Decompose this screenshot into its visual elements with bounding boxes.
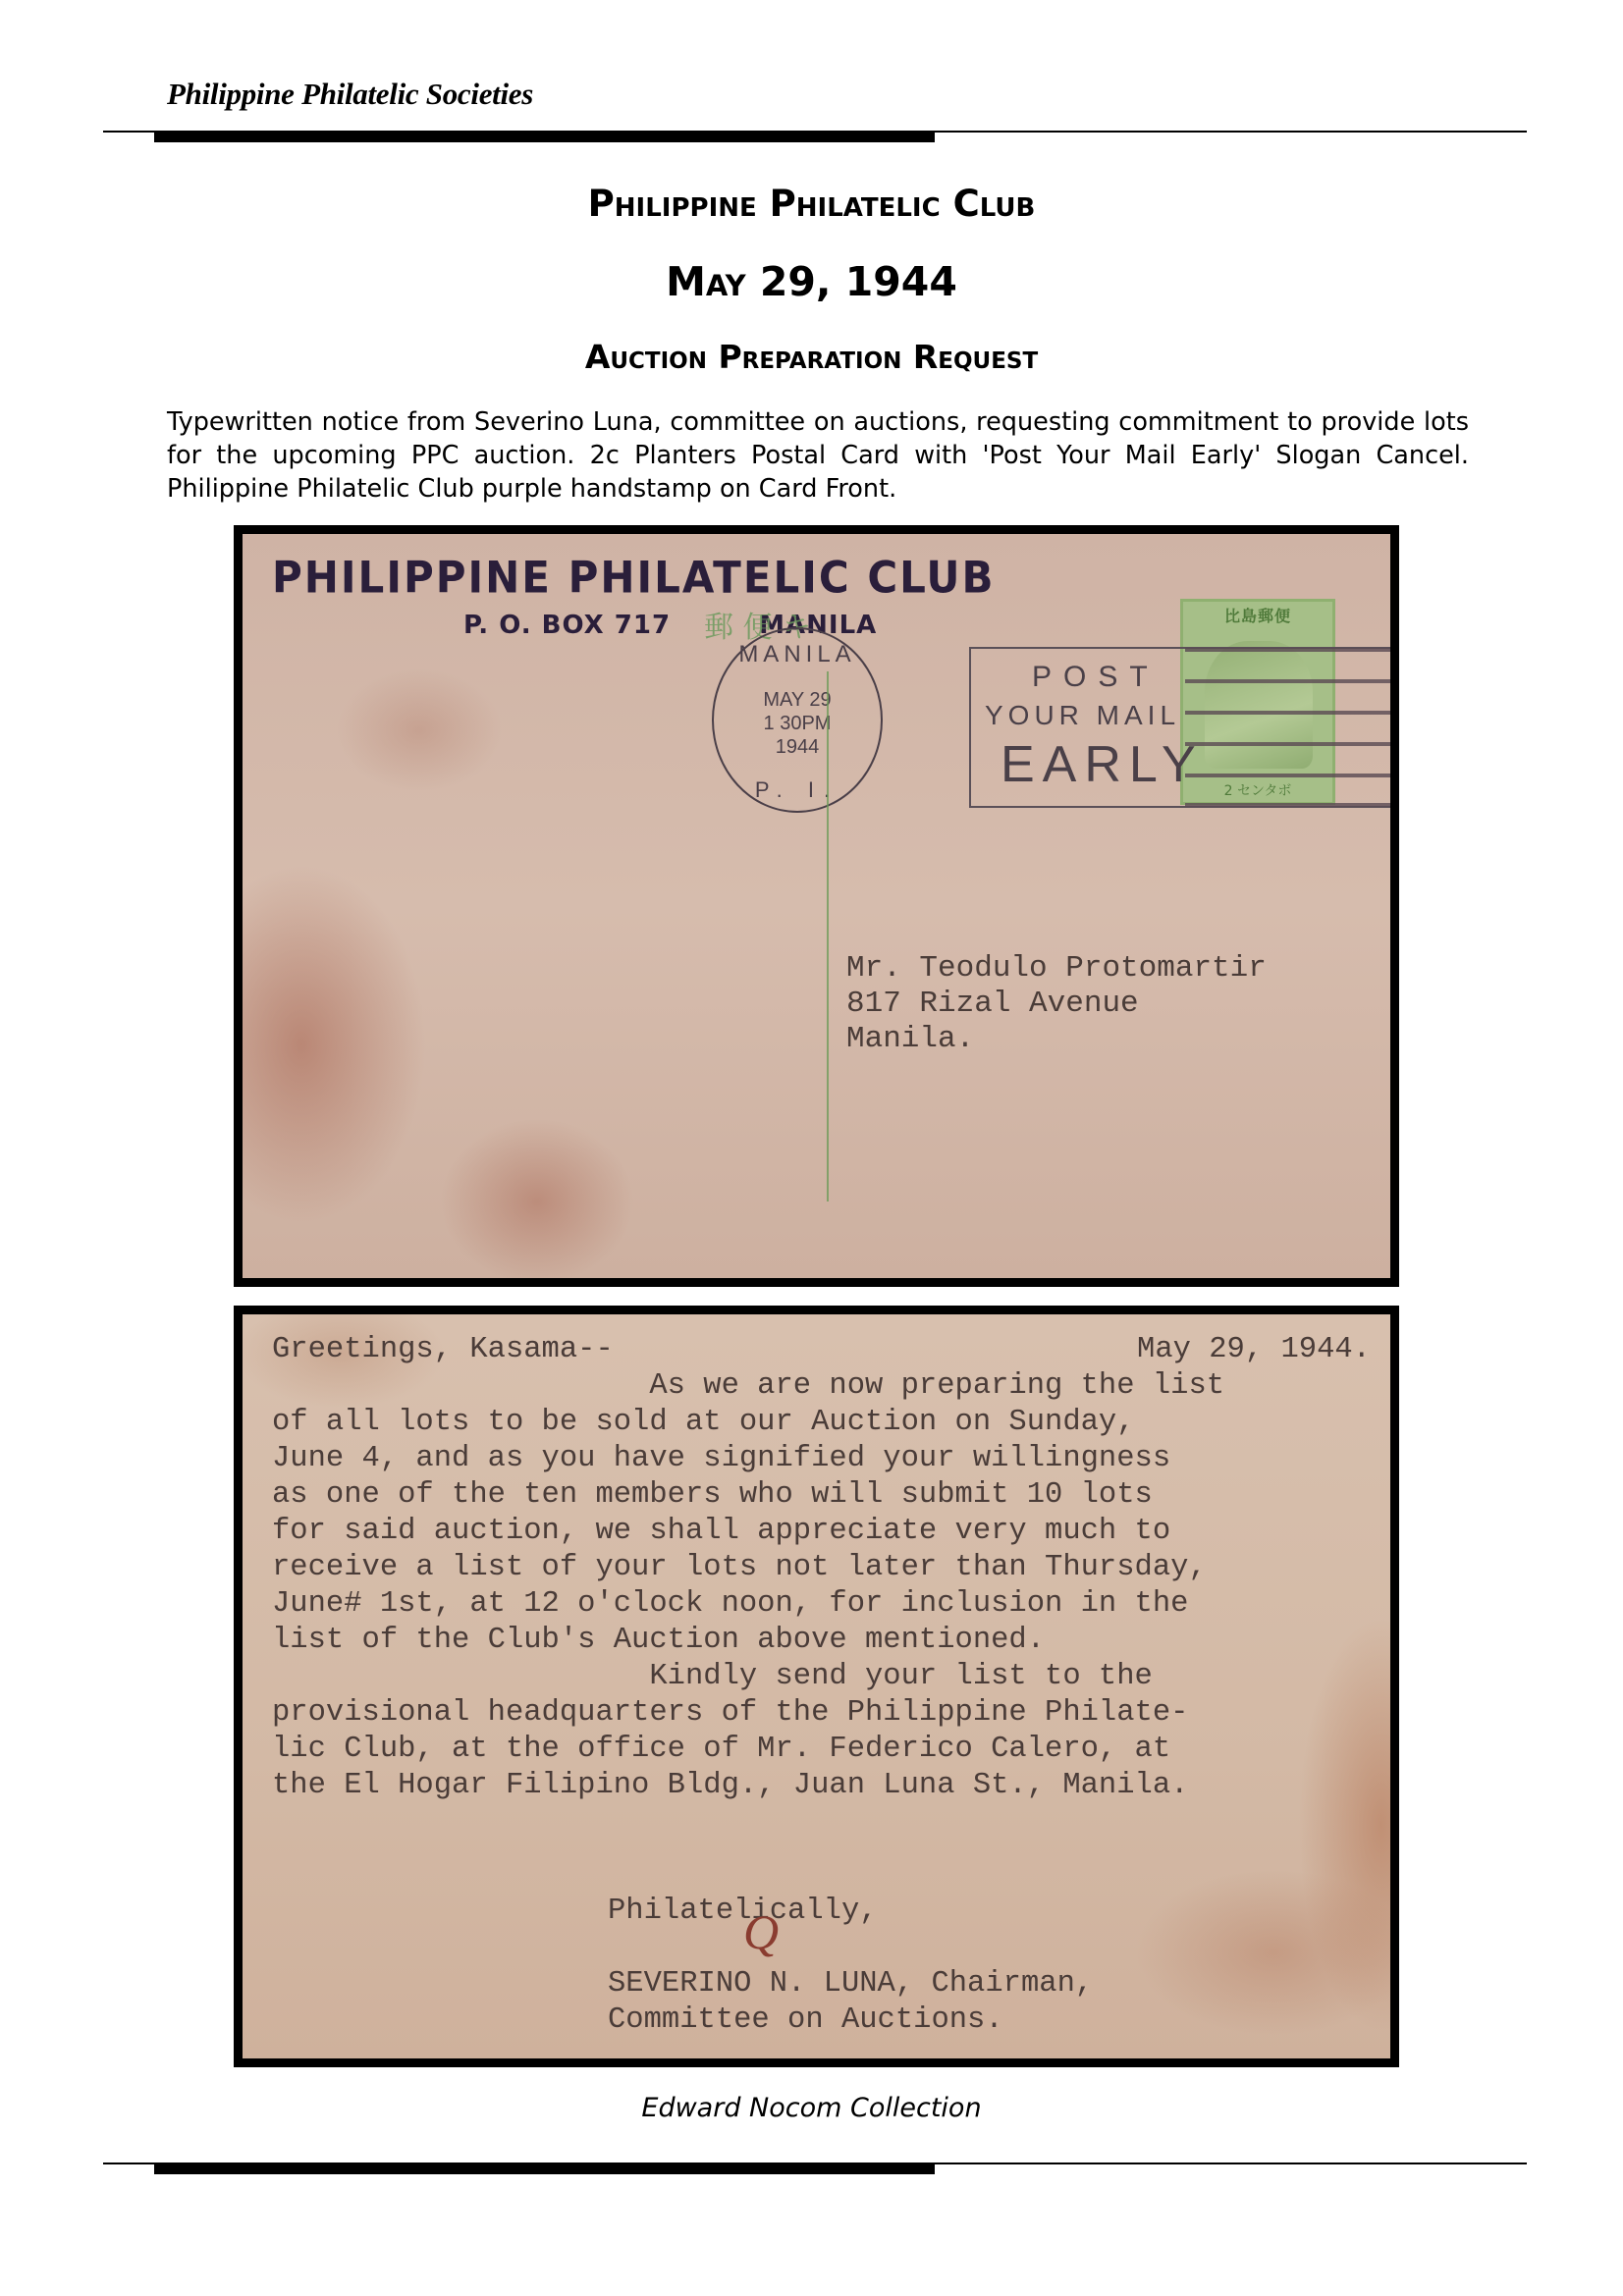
cancel-bar <box>1185 648 1390 652</box>
handwritten-initial-icon: Q <box>743 1903 779 1960</box>
running-header-title: Philippine Philatelic Societies <box>167 77 533 112</box>
letter-signature-block: SEVERINO N. LUNA, Chairman, Committee on… <box>608 1966 1093 2039</box>
postmark-datestamp: MAY 29 1 30PM 1944 <box>714 688 881 759</box>
card-divider-line <box>827 671 829 1201</box>
cancel-bar <box>1185 803 1390 807</box>
collection-caption: Edward Nocom Collection <box>0 2093 1623 2123</box>
postmark-region: P. I. <box>714 777 881 803</box>
letter-date: May 29, 1944. <box>1137 1332 1371 1368</box>
slogan-line-1: POST <box>1032 661 1160 694</box>
postmark-city: MANILA <box>714 641 881 668</box>
postal-card-front-image: PHILIPPINE PHILATELIC CLUB P. O. BOX 717… <box>234 525 1399 1287</box>
cancel-bar <box>1185 679 1390 683</box>
letter-closing: Philatelically, <box>608 1894 1093 1930</box>
address-line-3: Manila. <box>846 1022 1267 1057</box>
address-line-2: 817 Rizal Avenue <box>846 987 1267 1022</box>
circular-postmark: MANILA MAY 29 1 30PM 1944 P. I. <box>712 627 883 813</box>
item-description: Typewritten notice from Severino Luna, c… <box>167 405 1469 506</box>
footer-rule-thick <box>154 2164 935 2174</box>
postmark-time: 1 30PM <box>714 712 881 735</box>
letter-signoff: Philatelically,SEVERINO N. LUNA, Chairma… <box>608 1894 1093 2039</box>
slogan-line-2: YOUR MAIL <box>985 700 1180 731</box>
postmark-year: 1944 <box>714 735 881 759</box>
address-line-1: Mr. Teodulo Protomartir <box>846 951 1267 987</box>
cancel-bar <box>1185 742 1390 746</box>
letter-text: Greetings, Kasama-- As we are now prepar… <box>272 1332 1224 1804</box>
slogan-line-3: EARLY <box>1001 735 1204 794</box>
cancel-bar <box>1185 711 1390 715</box>
club-handstamp-name: PHILIPPINE PHILATELIC CLUB <box>272 553 996 603</box>
letter-body: As we are now preparing the list of all … <box>272 1368 1224 1804</box>
handstamp-po-box: P. O. BOX 717 <box>463 611 671 640</box>
page-title: Philippine Philatelic Club <box>0 183 1623 225</box>
letter-salutation: Greetings, Kasama-- <box>272 1332 1224 1368</box>
recipient-address: Mr. Teodulo Protomartir817 Rizal AvenueM… <box>846 951 1267 1057</box>
postmark-date: MAY 29 <box>714 688 881 712</box>
cancel-bar <box>1185 774 1390 777</box>
postal-card-back-image: Greetings, Kasama-- As we are now prepar… <box>234 1306 1399 2067</box>
page-subtitle: Auction Preparation Request <box>0 338 1623 376</box>
page-date: May 29, 1944 <box>0 258 1623 305</box>
header-rule-thick <box>154 133 935 142</box>
slogan-cancel: POST YOUR MAIL EARLY <box>969 647 1390 808</box>
stamp-country-text: 比島郵便 <box>1183 604 1332 626</box>
